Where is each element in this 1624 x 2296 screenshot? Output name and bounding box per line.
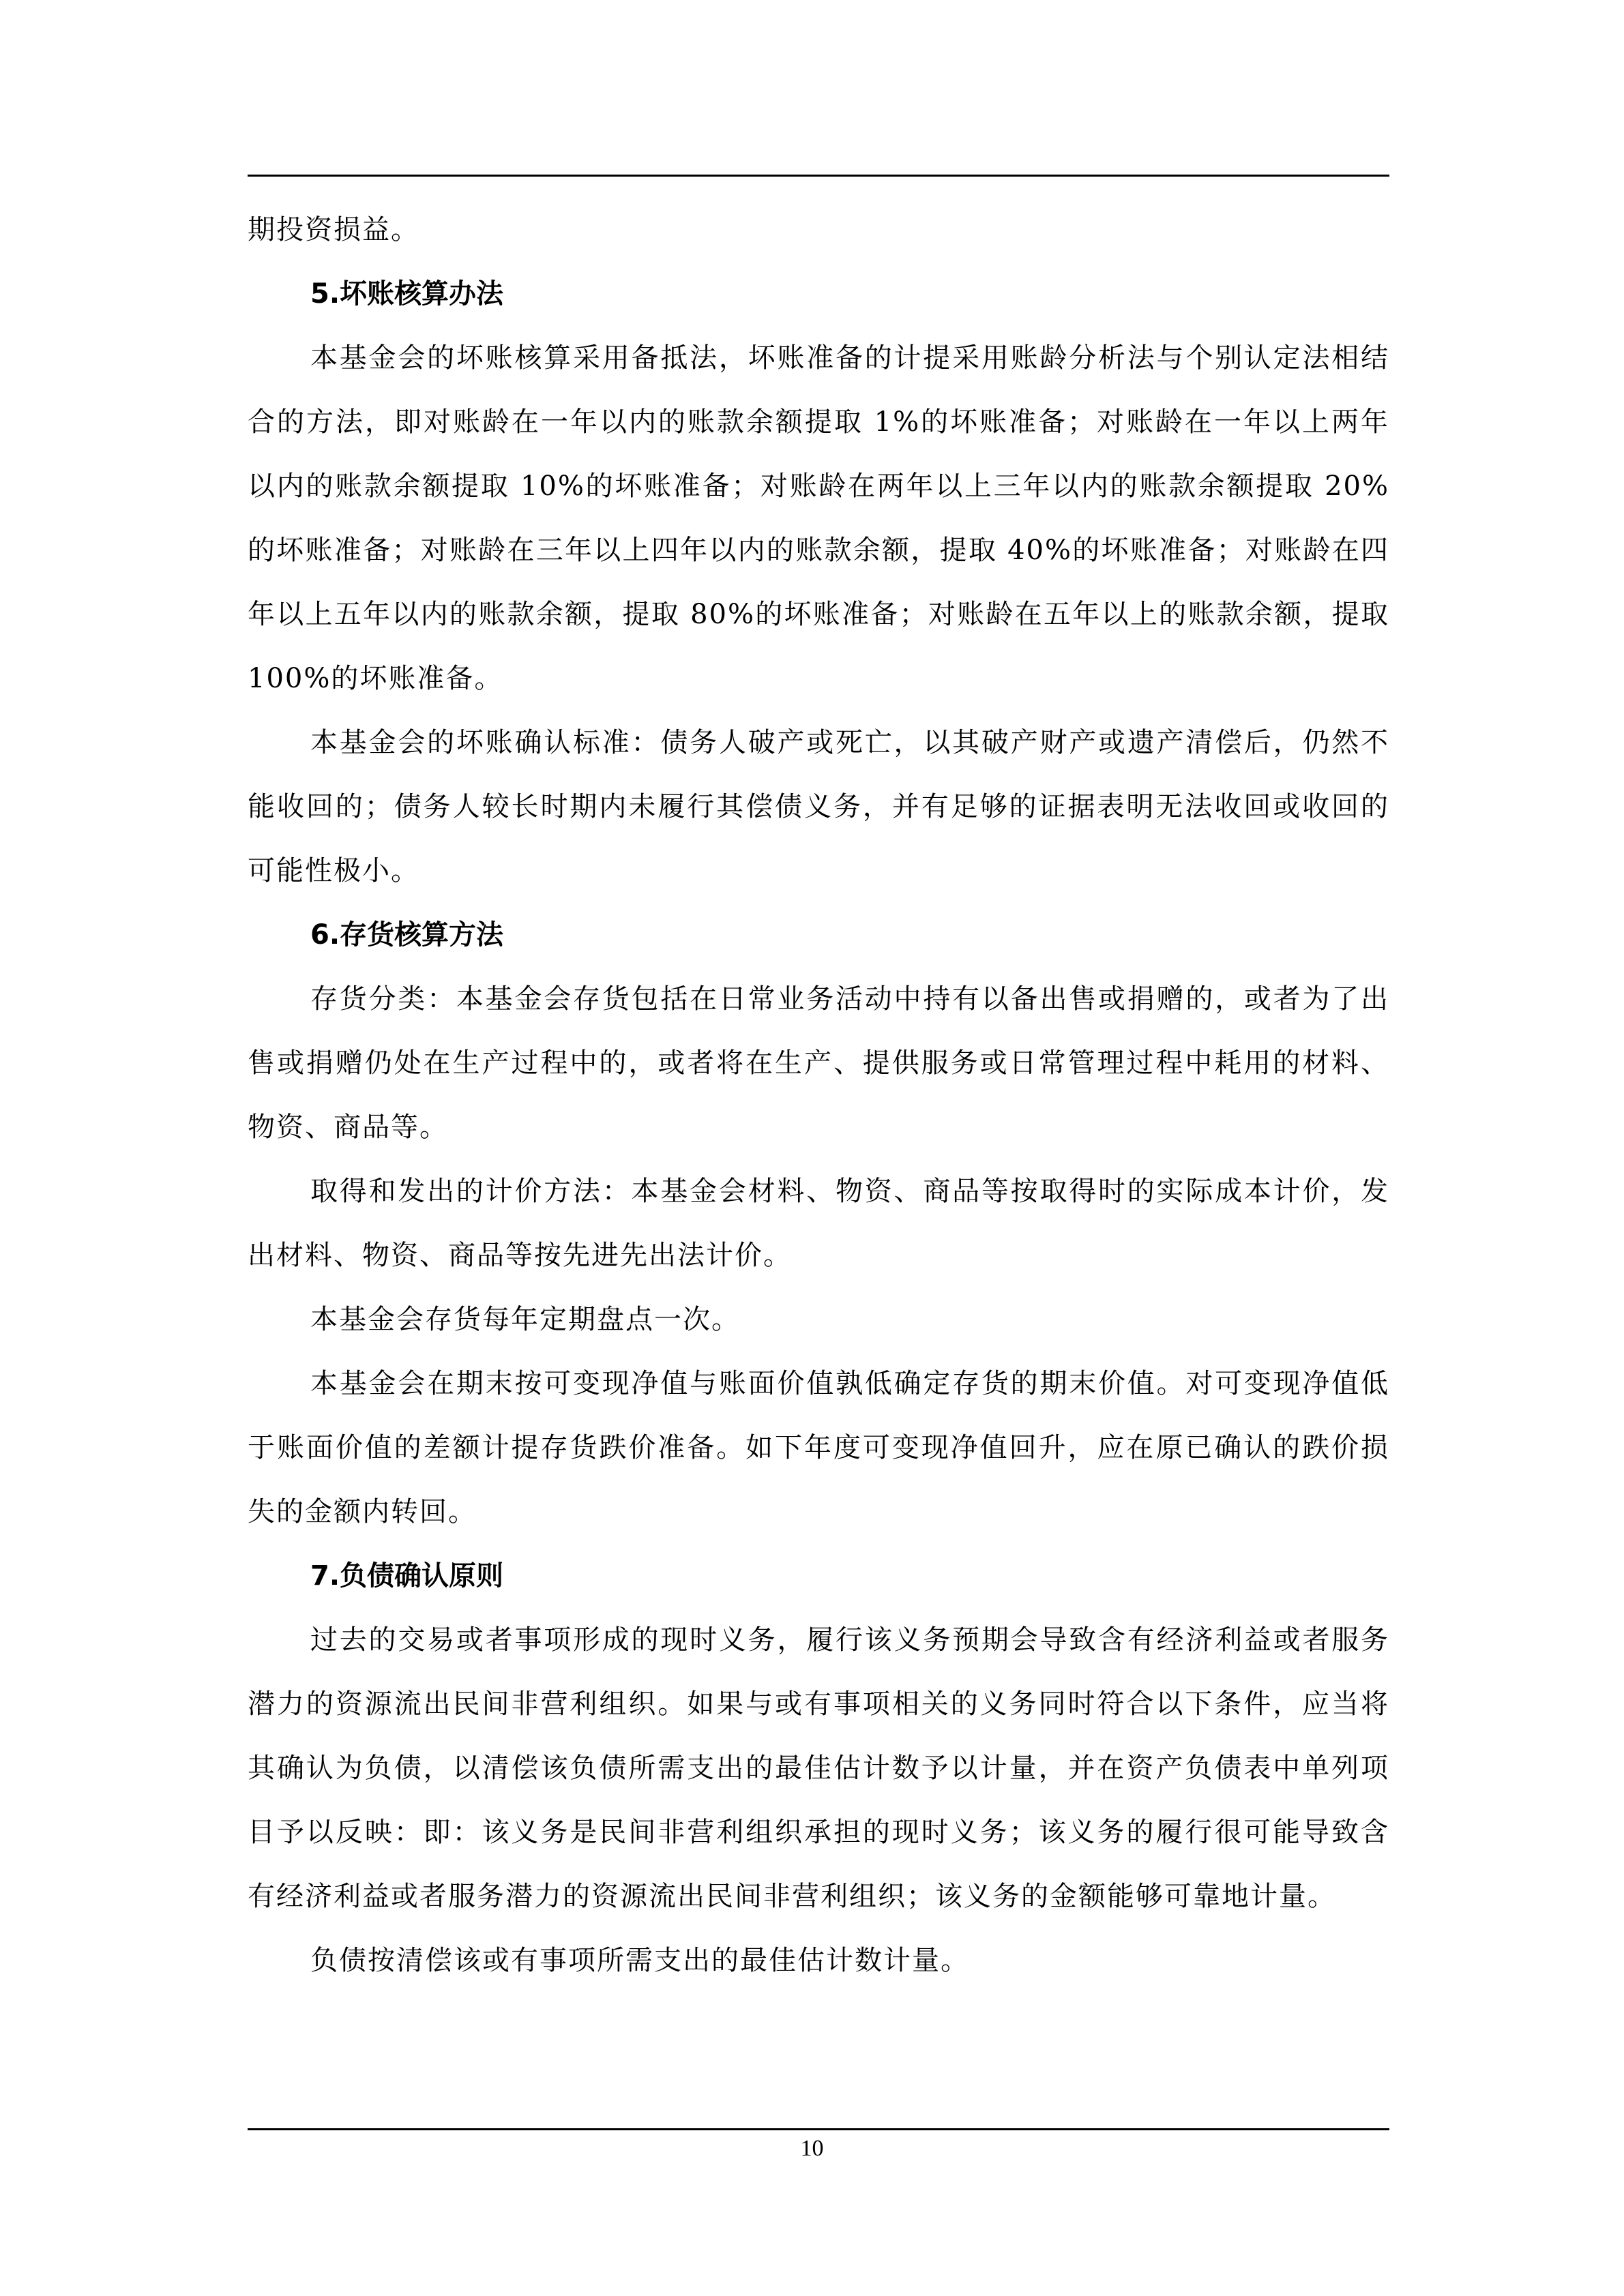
paragraph-liability-recognition: 过去的交易或者事项形成的现时义务，履行该义务预期会导致含有经济利益或者服务潜力的…	[248, 1608, 1389, 1928]
page-number: 10	[0, 2136, 1624, 2162]
paragraph-inventory-count: 本基金会存货每年定期盘点一次。	[248, 1287, 1389, 1352]
section-heading-inventory: 6.存货核算方法	[248, 903, 1389, 967]
paragraph-liability-measurement: 负债按清偿该或有事项所需支出的最佳估计数计量。	[248, 1928, 1389, 1993]
paragraph-inventory-valuation: 本基金会在期末按可变现净值与账面价值孰低确定存货的期末价值。对可变现净值低于账面…	[248, 1352, 1389, 1544]
section-heading-liabilities: 7.负债确认原则	[248, 1544, 1389, 1608]
footer-rule	[248, 2128, 1389, 2130]
paragraph-continuation: 期投资损益。	[248, 198, 1389, 262]
header-rule	[248, 175, 1389, 177]
section-heading-bad-debt: 5.坏账核算办法	[248, 262, 1389, 326]
paragraph-inventory-classification: 存货分类：本基金会存货包括在日常业务活动中持有以备出售或捐赠的，或者为了出售或捐…	[248, 967, 1389, 1159]
paragraph-bad-debt-method: 本基金会的坏账核算采用备抵法，坏账准备的计提采用账龄分析法与个别认定法相结合的方…	[248, 326, 1389, 711]
paragraph-bad-debt-criteria: 本基金会的坏账确认标准：债务人破产或死亡，以其破产财产或遗产清偿后，仍然不能收回…	[248, 711, 1389, 903]
page-body: 期投资损益。 5.坏账核算办法 本基金会的坏账核算采用备抵法，坏账准备的计提采用…	[248, 198, 1389, 1993]
paragraph-inventory-pricing: 取得和发出的计价方法：本基金会材料、物资、商品等按取得时的实际成本计价，发出材料…	[248, 1159, 1389, 1287]
